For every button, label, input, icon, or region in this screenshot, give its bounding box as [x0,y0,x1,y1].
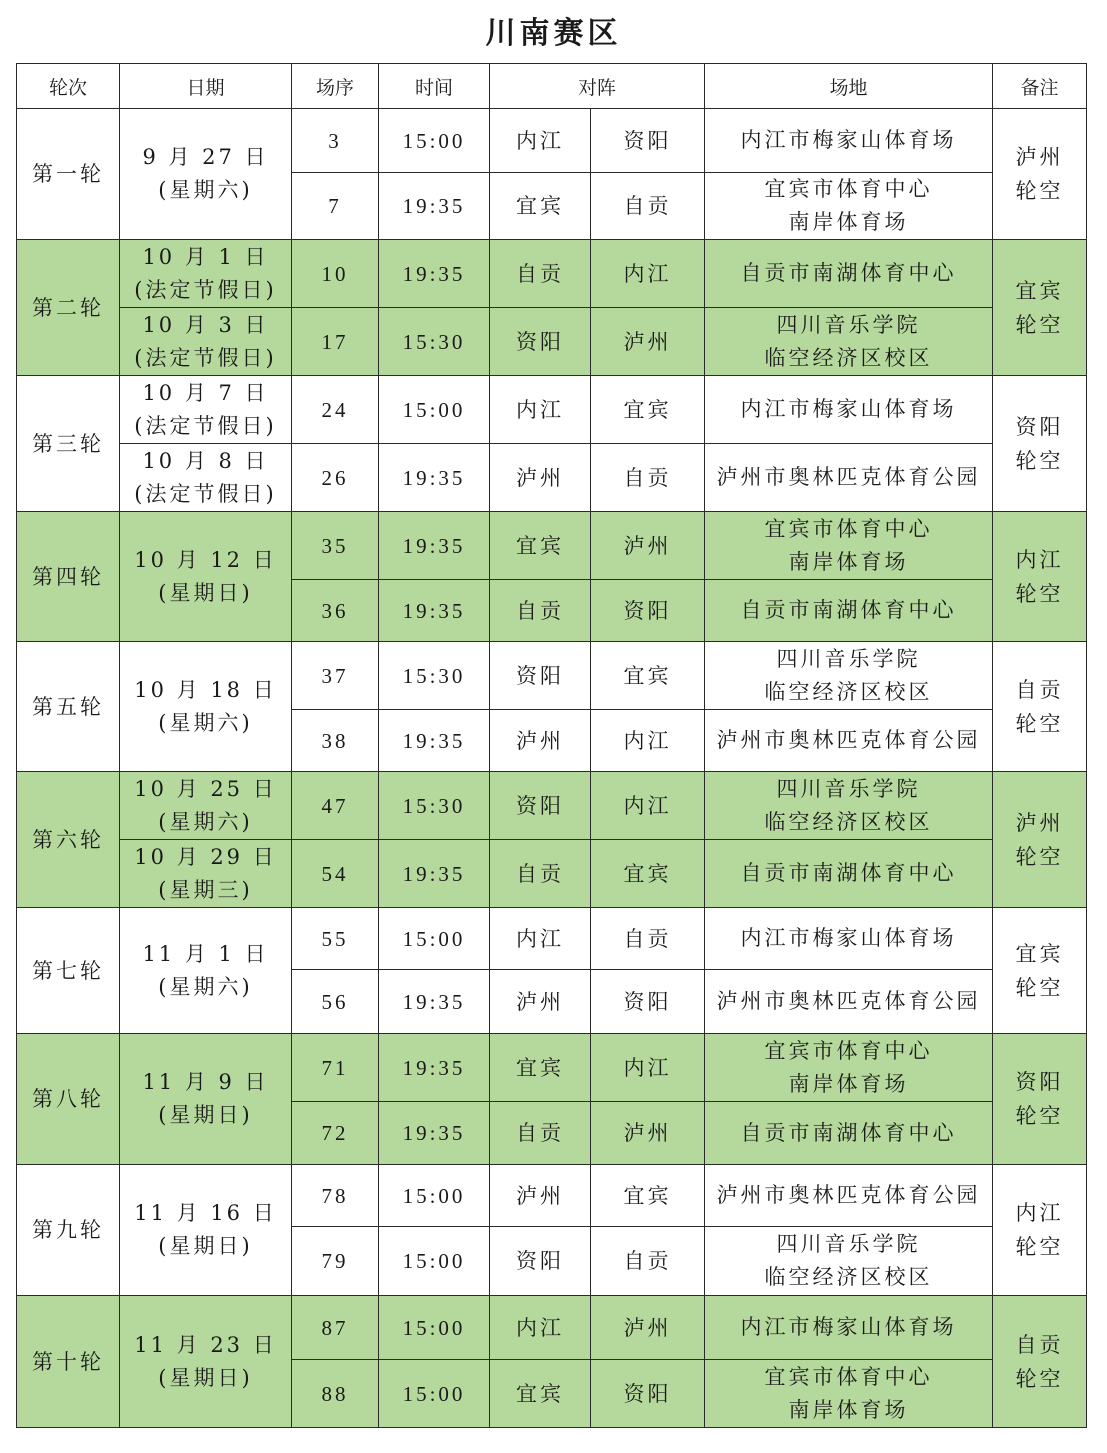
date-text: 10 月 12 日 [120,544,291,577]
away-team-cell: 自贡 [591,444,705,512]
weekday-text: (法定节假日) [120,410,291,443]
date-cell: 10 月 1 日(法定节假日) [120,240,292,308]
away-team-cell: 宜宾 [591,840,705,908]
table-row: 10 月 8 日(法定节假日)2619:35泸州自贡泸州市奥林匹克体育公园 [17,444,1087,512]
time-cell: 15:00 [379,376,490,444]
weekday-text: (星期六) [120,806,291,839]
bye-label: 轮空 [993,577,1086,611]
venue-line: 宜宾市体育中心 [705,513,992,546]
venue-cell: 自贡市南湖体育中心 [705,1102,993,1165]
bye-team: 泸州 [993,806,1086,840]
venue-line: 四川音乐学院 [705,773,992,806]
bye-label: 轮空 [993,971,1086,1005]
bye-note-cell: 内江轮空 [993,1165,1087,1296]
time-cell: 15:00 [379,1296,490,1360]
table-row: 10 月 29 日(星期三)5419:35自贡宜宾自贡市南湖体育中心 [17,840,1087,908]
time-cell: 19:35 [379,512,490,580]
home-team-cell: 泸州 [490,710,591,772]
venue-line: 内江市梅家山体育场 [705,1311,992,1344]
home-team-cell: 资阳 [490,772,591,840]
weekday-text: (星期日) [120,1230,291,1263]
away-team-cell: 资阳 [591,109,705,173]
bye-label: 轮空 [993,1362,1086,1396]
time-cell: 15:00 [379,109,490,173]
time-cell: 15:30 [379,308,490,376]
weekday-text: (星期日) [120,1362,291,1395]
bye-note-cell: 自贡轮空 [993,1296,1087,1428]
match-no-cell: 24 [292,376,379,444]
date-text: 10 月 1 日 [120,241,291,274]
bye-note-cell: 自贡轮空 [993,642,1087,772]
time-cell: 19:35 [379,444,490,512]
header-row: 轮次 日期 场序 时间 对阵 场地 备注 [17,64,1087,109]
venue-line: 自贡市南湖体育中心 [705,857,992,890]
time-cell: 19:35 [379,1102,490,1165]
bye-label: 轮空 [993,1099,1086,1133]
away-team-cell: 内江 [591,240,705,308]
home-team-cell: 宜宾 [490,1034,591,1102]
home-team-cell: 自贡 [490,580,591,642]
match-no-cell: 26 [292,444,379,512]
venue-cell: 宜宾市体育中心南岸体育场 [705,1034,993,1102]
away-team-cell: 内江 [591,1034,705,1102]
bye-note-cell: 泸州轮空 [993,109,1087,240]
table-row: 10 月 3 日(法定节假日)1715:30资阳泸州四川音乐学院临空经济区校区 [17,308,1087,376]
venue-line: 四川音乐学院 [705,309,992,342]
match-no-cell: 38 [292,710,379,772]
home-team-cell: 自贡 [490,1102,591,1165]
bye-label: 轮空 [993,707,1086,741]
venue-line: 泸州市奥林匹克体育公园 [705,1179,992,1212]
venue-line: 泸州市奥林匹克体育公园 [705,724,992,757]
bye-label: 轮空 [993,840,1086,874]
table-row: 第七轮11 月 1 日(星期六)5515:00内江自贡内江市梅家山体育场宜宾轮空 [17,908,1087,970]
time-cell: 19:35 [379,970,490,1034]
weekday-text: (星期六) [120,971,291,1004]
venue-cell: 内江市梅家山体育场 [705,109,993,173]
away-team-cell: 自贡 [591,173,705,240]
home-team-cell: 宜宾 [490,1360,591,1428]
venue-cell: 宜宾市体育中心南岸体育场 [705,173,993,240]
venue-line: 临空经济区校区 [705,806,992,839]
away-team-cell: 资阳 [591,1360,705,1428]
date-cell: 10 月 12 日(星期日) [120,512,292,642]
time-cell: 19:35 [379,710,490,772]
header-date: 日期 [120,64,292,109]
time-cell: 15:30 [379,772,490,840]
venue-line: 内江市梅家山体育场 [705,922,992,955]
date-text: 10 月 7 日 [120,377,291,410]
bye-note-cell: 资阳轮空 [993,1034,1087,1165]
table-row: 第八轮11 月 9 日(星期日)7119:35宜宾内江宜宾市体育中心南岸体育场资… [17,1034,1087,1102]
venue-line: 泸州市奥林匹克体育公园 [705,461,992,494]
round-cell: 第十轮 [17,1296,120,1428]
header-match-no: 场序 [292,64,379,109]
bye-team: 内江 [993,1196,1086,1230]
date-cell: 10 月 29 日(星期三) [120,840,292,908]
date-text: 11 月 23 日 [120,1329,291,1362]
venue-cell: 自贡市南湖体育中心 [705,840,993,908]
home-team-cell: 资阳 [490,1227,591,1296]
time-cell: 19:35 [379,840,490,908]
match-no-cell: 88 [292,1360,379,1428]
round-cell: 第八轮 [17,1034,120,1165]
away-team-cell: 自贡 [591,908,705,970]
time-cell: 15:00 [379,1165,490,1227]
match-no-cell: 10 [292,240,379,308]
match-no-cell: 7 [292,173,379,240]
schedule-table: 轮次 日期 场序 时间 对阵 场地 备注 第一轮9 月 27 日(星期六)315… [16,63,1087,1428]
round-cell: 第五轮 [17,642,120,772]
home-team-cell: 泸州 [490,444,591,512]
home-team-cell: 泸州 [490,970,591,1034]
round-cell: 第七轮 [17,908,120,1034]
venue-line: 宜宾市体育中心 [705,173,992,206]
weekday-text: (法定节假日) [120,342,291,375]
match-no-cell: 87 [292,1296,379,1360]
venue-cell: 四川音乐学院临空经济区校区 [705,772,993,840]
bye-note-cell: 宜宾轮空 [993,240,1087,376]
table-row: 第一轮9 月 27 日(星期六)315:00内江资阳内江市梅家山体育场泸州轮空 [17,109,1087,173]
table-row: 第九轮11 月 16 日(星期日)7815:00泸州宜宾泸州市奥林匹克体育公园内… [17,1165,1087,1227]
header-note: 备注 [993,64,1087,109]
date-cell: 11 月 9 日(星期日) [120,1034,292,1165]
match-no-cell: 47 [292,772,379,840]
match-no-cell: 72 [292,1102,379,1165]
page-title: 川南赛区 [0,14,1107,54]
date-cell: 10 月 8 日(法定节假日) [120,444,292,512]
venue-cell: 内江市梅家山体育场 [705,376,993,444]
table-row: 第十轮11 月 23 日(星期日)8715:00内江泸州内江市梅家山体育场自贡轮… [17,1296,1087,1360]
venue-line: 临空经济区校区 [705,676,992,709]
home-team-cell: 宜宾 [490,173,591,240]
weekday-text: (法定节假日) [120,478,291,511]
venue-cell: 宜宾市体育中心南岸体育场 [705,1360,993,1428]
round-cell: 第六轮 [17,772,120,908]
date-cell: 10 月 18 日(星期六) [120,642,292,772]
bye-note-cell: 资阳轮空 [993,376,1087,512]
venue-line: 宜宾市体育中心 [705,1361,992,1394]
bye-team: 资阳 [993,410,1086,444]
bye-label: 轮空 [993,308,1086,342]
venue-cell: 泸州市奥林匹克体育公园 [705,710,993,772]
home-team-cell: 宜宾 [490,512,591,580]
time-cell: 15:30 [379,642,490,710]
venue-line: 宜宾市体育中心 [705,1035,992,1068]
date-text: 10 月 29 日 [120,841,291,874]
venue-cell: 四川音乐学院临空经济区校区 [705,1227,993,1296]
bye-team: 自贡 [993,1328,1086,1362]
date-text: 9 月 27 日 [120,141,291,174]
venue-cell: 四川音乐学院临空经济区校区 [705,642,993,710]
away-team-cell: 内江 [591,710,705,772]
date-cell: 9 月 27 日(星期六) [120,109,292,240]
bye-label: 轮空 [993,174,1086,208]
away-team-cell: 资阳 [591,580,705,642]
venue-line: 自贡市南湖体育中心 [705,1117,992,1150]
venue-cell: 自贡市南湖体育中心 [705,240,993,308]
bye-team: 资阳 [993,1065,1086,1099]
date-text: 10 月 25 日 [120,773,291,806]
match-no-cell: 56 [292,970,379,1034]
venue-line: 自贡市南湖体育中心 [705,257,992,290]
round-cell: 第四轮 [17,512,120,642]
home-team-cell: 泸州 [490,1165,591,1227]
bye-note-cell: 内江轮空 [993,512,1087,642]
home-team-cell: 内江 [490,908,591,970]
home-team-cell: 资阳 [490,642,591,710]
date-cell: 11 月 16 日(星期日) [120,1165,292,1296]
date-cell: 10 月 3 日(法定节假日) [120,308,292,376]
time-cell: 19:35 [379,240,490,308]
header-time: 时间 [379,64,490,109]
date-cell: 10 月 25 日(星期六) [120,772,292,840]
home-team-cell: 自贡 [490,240,591,308]
time-cell: 19:35 [379,173,490,240]
away-team-cell: 泸州 [591,1296,705,1360]
time-cell: 15:00 [379,908,490,970]
date-text: 10 月 8 日 [120,445,291,478]
bye-label: 轮空 [993,444,1086,478]
venue-line: 泸州市奥林匹克体育公园 [705,985,992,1018]
venue-line: 自贡市南湖体育中心 [705,594,992,627]
date-cell: 11 月 23 日(星期日) [120,1296,292,1428]
date-text: 11 月 1 日 [120,938,291,971]
bye-team: 内江 [993,543,1086,577]
away-team-cell: 宜宾 [591,376,705,444]
weekday-text: (星期六) [120,174,291,207]
venue-cell: 泸州市奥林匹克体育公园 [705,444,993,512]
date-text: 11 月 16 日 [120,1197,291,1230]
bye-team: 泸州 [993,140,1086,174]
table-row: 第五轮10 月 18 日(星期六)3715:30资阳宜宾四川音乐学院临空经济区校… [17,642,1087,710]
weekday-text: (星期六) [120,707,291,740]
away-team-cell: 内江 [591,772,705,840]
header-round: 轮次 [17,64,120,109]
away-team-cell: 泸州 [591,512,705,580]
bye-team: 宜宾 [993,274,1086,308]
time-cell: 19:35 [379,580,490,642]
match-no-cell: 37 [292,642,379,710]
date-cell: 10 月 7 日(法定节假日) [120,376,292,444]
venue-cell: 泸州市奥林匹克体育公园 [705,1165,993,1227]
schedule-body: 第一轮9 月 27 日(星期六)315:00内江资阳内江市梅家山体育场泸州轮空7… [17,109,1087,1428]
venue-cell: 四川音乐学院临空经济区校区 [705,308,993,376]
match-no-cell: 78 [292,1165,379,1227]
date-cell: 11 月 1 日(星期六) [120,908,292,1034]
venue-cell: 泸州市奥林匹克体育公园 [705,970,993,1034]
venue-cell: 内江市梅家山体育场 [705,1296,993,1360]
table-row: 第三轮10 月 7 日(法定节假日)2415:00内江宜宾内江市梅家山体育场资阳… [17,376,1087,444]
match-no-cell: 55 [292,908,379,970]
venue-line: 南岸体育场 [705,1068,992,1101]
match-no-cell: 35 [292,512,379,580]
venue-line: 临空经济区校区 [705,1261,992,1294]
venue-line: 临空经济区校区 [705,342,992,375]
venue-cell: 宜宾市体育中心南岸体育场 [705,512,993,580]
round-cell: 第九轮 [17,1165,120,1296]
time-cell: 15:00 [379,1227,490,1296]
date-text: 10 月 18 日 [120,674,291,707]
date-text: 10 月 3 日 [120,309,291,342]
weekday-text: (法定节假日) [120,274,291,307]
home-team-cell: 内江 [490,376,591,444]
away-team-cell: 宜宾 [591,1165,705,1227]
table-row: 第四轮10 月 12 日(星期日)3519:35宜宾泸州宜宾市体育中心南岸体育场… [17,512,1087,580]
header-venue: 场地 [705,64,993,109]
home-team-cell: 内江 [490,109,591,173]
match-no-cell: 54 [292,840,379,908]
bye-note-cell: 泸州轮空 [993,772,1087,908]
venue-line: 内江市梅家山体育场 [705,393,992,426]
time-cell: 19:35 [379,1034,490,1102]
weekday-text: (星期日) [120,577,291,610]
round-cell: 第一轮 [17,109,120,240]
home-team-cell: 自贡 [490,840,591,908]
table-row: 第六轮10 月 25 日(星期六)4715:30资阳内江四川音乐学院临空经济区校… [17,772,1087,840]
table-row: 第二轮10 月 1 日(法定节假日)1019:35自贡内江自贡市南湖体育中心宜宾… [17,240,1087,308]
bye-team: 宜宾 [993,937,1086,971]
round-cell: 第三轮 [17,376,120,512]
time-cell: 15:00 [379,1360,490,1428]
away-team-cell: 泸州 [591,1102,705,1165]
weekday-text: (星期三) [120,874,291,907]
match-no-cell: 36 [292,580,379,642]
venue-line: 南岸体育场 [705,1394,992,1427]
venue-line: 南岸体育场 [705,206,992,239]
bye-label: 轮空 [993,1230,1086,1264]
header-matchup: 对阵 [490,64,705,109]
match-no-cell: 79 [292,1227,379,1296]
venue-cell: 自贡市南湖体育中心 [705,580,993,642]
venue-line: 四川音乐学院 [705,643,992,676]
weekday-text: (星期日) [120,1099,291,1132]
venue-cell: 内江市梅家山体育场 [705,908,993,970]
bye-note-cell: 宜宾轮空 [993,908,1087,1034]
venue-line: 内江市梅家山体育场 [705,124,992,157]
away-team-cell: 宜宾 [591,642,705,710]
away-team-cell: 自贡 [591,1227,705,1296]
venue-line: 南岸体育场 [705,546,992,579]
match-no-cell: 71 [292,1034,379,1102]
home-team-cell: 资阳 [490,308,591,376]
date-text: 11 月 9 日 [120,1066,291,1099]
away-team-cell: 泸州 [591,308,705,376]
match-no-cell: 3 [292,109,379,173]
round-cell: 第二轮 [17,240,120,376]
home-team-cell: 内江 [490,1296,591,1360]
bye-team: 自贡 [993,673,1086,707]
match-no-cell: 17 [292,308,379,376]
away-team-cell: 资阳 [591,970,705,1034]
venue-line: 四川音乐学院 [705,1228,992,1261]
